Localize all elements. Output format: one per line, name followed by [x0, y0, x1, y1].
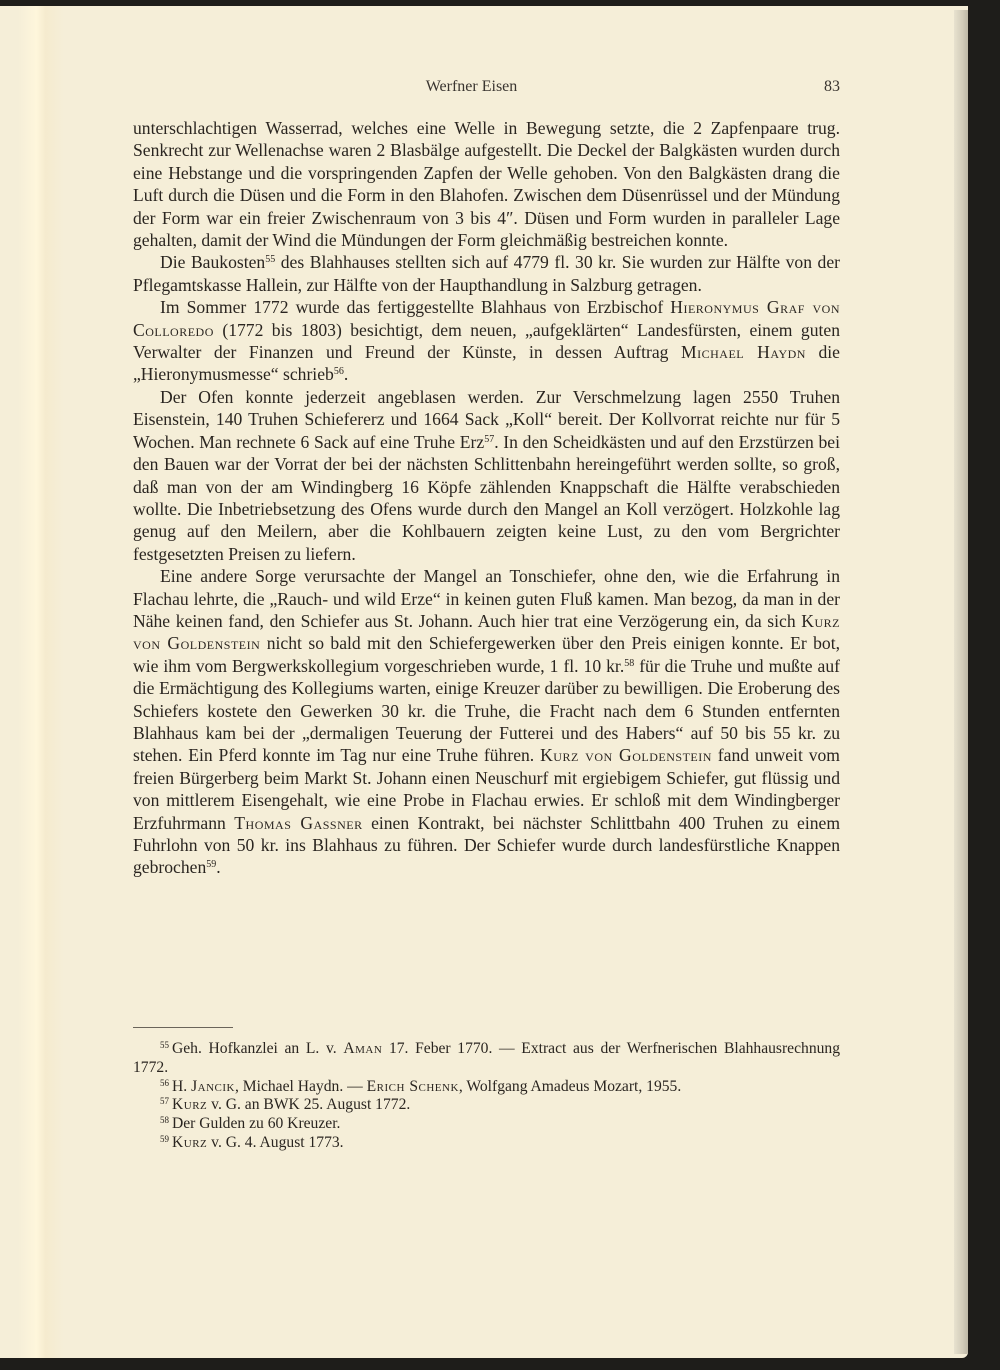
text-run: Eine andere Sorge verursachte der Mangel…: [133, 566, 840, 631]
text-run: Im Sommer 1772 wurde das fertiggestellte…: [160, 297, 670, 317]
running-title: Werfner Eisen: [133, 78, 840, 96]
text-run: Geh. Hofkanzlei an L. v.: [172, 1040, 343, 1057]
person-name: Jancik: [191, 1078, 235, 1095]
person-name: Kurz: [172, 1096, 207, 1113]
paragraph: Der Ofen konnte jederzeit angeblasen wer…: [133, 386, 840, 565]
person-name: Michael Haydn: [681, 342, 806, 362]
text-run: unterschlachtigen Wasserrad, welches ein…: [133, 118, 840, 250]
footnote-separator: [133, 1027, 233, 1028]
scan-background: [0, 1358, 1000, 1370]
footnote-reference: 58: [624, 658, 634, 669]
person-name: Kurz von Goldenstein: [540, 745, 712, 765]
footnote-number: 56: [160, 1078, 169, 1088]
footnote-number: 59: [160, 1134, 169, 1144]
page-gutter-shading: [18, 6, 64, 1358]
footnote: 58Der Gulden zu 60 Kreuzer.: [133, 1115, 840, 1134]
page-stack-edge: [954, 10, 968, 1354]
body-text: unterschlachtigen Wasserrad, welches ein…: [133, 117, 840, 879]
footnote: 56H. Jancik, Michael Haydn. — Erich Sche…: [133, 1078, 840, 1097]
person-name: Aman: [343, 1040, 382, 1057]
footnote-number: 57: [160, 1096, 169, 1106]
text-run: .: [344, 364, 348, 384]
footnote-reference: 59: [206, 859, 216, 870]
footnote-reference: 56: [334, 366, 344, 377]
paragraph: unterschlachtigen Wasserrad, welches ein…: [133, 117, 840, 251]
footnote-reference: 57: [484, 434, 494, 445]
footnote: 57Kurz v. G. an BWK 25. August 1772.: [133, 1096, 840, 1115]
footnotes: 55Geh. Hofkanzlei an L. v. Aman 17. Febe…: [133, 1040, 840, 1153]
person-name: Erich Schenk: [367, 1078, 459, 1095]
footnote-number: 55: [160, 1040, 169, 1050]
footnote-reference: 55: [265, 254, 275, 265]
text-run: v. G. 4. August 1773.: [207, 1134, 343, 1151]
paragraph: Die Baukosten55 des Blahhauses stellten …: [133, 251, 840, 296]
paragraph: Im Sommer 1772 wurde das fertiggestellte…: [133, 296, 840, 386]
person-name: Kurz: [172, 1134, 207, 1151]
footnote-number: 58: [160, 1115, 169, 1125]
text-run: v. G. an BWK 25. August 1772.: [207, 1096, 410, 1113]
text-run: , Michael Haydn. —: [235, 1078, 367, 1095]
footnote: 59Kurz v. G. 4. August 1773.: [133, 1134, 840, 1153]
footnote: 55Geh. Hofkanzlei an L. v. Aman 17. Febe…: [133, 1040, 840, 1078]
paragraph: Eine andere Sorge verursachte der Mangel…: [133, 565, 840, 879]
page-number: 83: [824, 78, 840, 96]
text-run: , Wolfgang Amadeus Mozart, 1955.: [459, 1078, 681, 1095]
text-run: H.: [172, 1078, 191, 1095]
person-name: Thomas Gassner: [234, 813, 362, 833]
text-run: .: [216, 857, 220, 877]
running-header: Werfner Eisen 83: [133, 78, 840, 100]
text-run: Der Gulden zu 60 Kreuzer.: [172, 1115, 340, 1132]
text-run: Die Baukosten: [160, 252, 265, 272]
